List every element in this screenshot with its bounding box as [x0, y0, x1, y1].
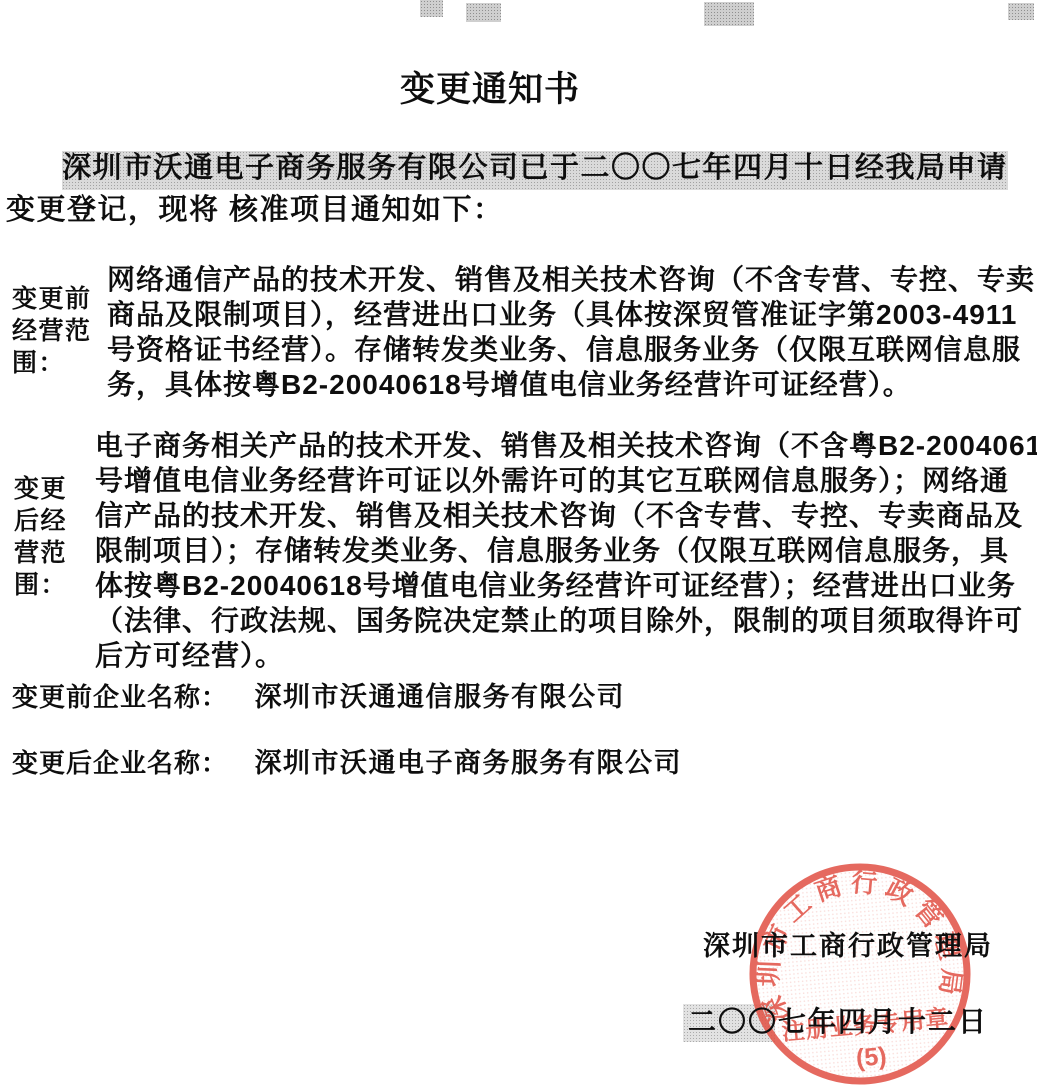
post-scope-label-line: 围： — [14, 573, 67, 598]
post-scope-label-line: 变更 — [14, 477, 67, 502]
post-scope-label-line: 后经 — [14, 509, 67, 534]
company-name-after-value: 深圳市沃通电子商务服务有限公司 — [254, 748, 682, 778]
intro-line-2: 变更登记，现将 核准项目通知如下： — [6, 196, 504, 225]
pre-scope-body-line: 号资格证书经营）。存储转发类业务、信息服务业务（仅限互联网信息服 — [107, 336, 1021, 364]
document-page: { "colors": { "ink": "#0e0e0e", "stamp_r… — [0, 0, 1037, 1090]
intro-line-1: 深圳市沃通电子商务服务有限公司已于二〇〇七年四月十日经我局申请 — [62, 154, 1008, 183]
post-scope-body-line: 信产品的技术开发、销售及相关技术咨询（不含专营、专控、专卖商品及 — [95, 502, 1023, 530]
company-name-before-value: 深圳市沃通通信服务有限公司 — [254, 682, 625, 712]
scan-artifact-1 — [420, 0, 443, 17]
pre-scope-label-line: 围： — [12, 351, 65, 376]
post-scope-body-line: 限制项目）；存储转发类业务、信息服务业务（仅限互联网信息服务，具 — [95, 537, 1009, 565]
post-scope-label-line: 营范 — [14, 541, 67, 566]
official-seal: 深圳市工商行政管理局 注册业务专用章 (5) — [745, 859, 975, 1089]
signature-authority: 深圳市工商行政管理局 — [703, 933, 993, 960]
company-name-before-row: 变更前企业名称： 深圳市沃通通信服务有限公司 — [12, 684, 625, 711]
scan-artifact-3 — [704, 2, 754, 26]
pre-scope-label-line: 经营范 — [12, 319, 92, 344]
seal-number: (5) — [855, 1042, 888, 1073]
post-scope-body-line: 后方可经营）。 — [95, 642, 284, 670]
post-scope-body-line: 号增值电信业务经营许可证以外需许可的其它互联网信息服务）；网络通 — [95, 467, 1009, 495]
post-scope-body-line: （法律、行政法规、国务院决定禁止的项目除外，限制的项目须取得许可 — [95, 607, 1023, 635]
official-seal-graphic: 深圳市工商行政管理局 注册业务专用章 (5) — [745, 859, 975, 1089]
company-name-after-label: 变更后企业名称： — [12, 748, 228, 778]
pre-scope-body-line: 商品及限制项目），经营进出口业务（具体按深贸管准证字第2003-4911 — [107, 301, 1017, 329]
scan-artifact-2 — [466, 3, 501, 22]
document-title: 变更通知书 — [400, 72, 580, 107]
scan-artifact-4 — [1008, 3, 1034, 20]
pre-scope-body-line: 务，具体按粤B2-20040618号增值电信业务经营许可证经营）。 — [107, 371, 912, 399]
company-name-after-row: 变更后企业名称： 深圳市沃通电子商务服务有限公司 — [12, 750, 682, 777]
intro-line-1-text: 深圳市沃通电子商务服务有限公司已于二〇〇七年四月十日经我局申请 — [62, 152, 1008, 184]
pre-scope-label-line: 变更前 — [12, 287, 92, 312]
pre-scope-body-line: 网络通信产品的技术开发、销售及相关技术咨询（不含专营、专控、专卖 — [107, 266, 1035, 294]
signature-date: 二〇〇七年四月十二日 — [688, 1008, 988, 1036]
post-scope-body-line: 电子商务相关产品的技术开发、销售及相关技术咨询（不含粤B2-20040618 — [95, 432, 1037, 460]
post-scope-body-line: 体按粤B2-20040618号增值电信业务经营许可证经营）；经营进出口业务 — [95, 572, 1016, 600]
company-name-before-label: 变更前企业名称： — [12, 682, 228, 712]
